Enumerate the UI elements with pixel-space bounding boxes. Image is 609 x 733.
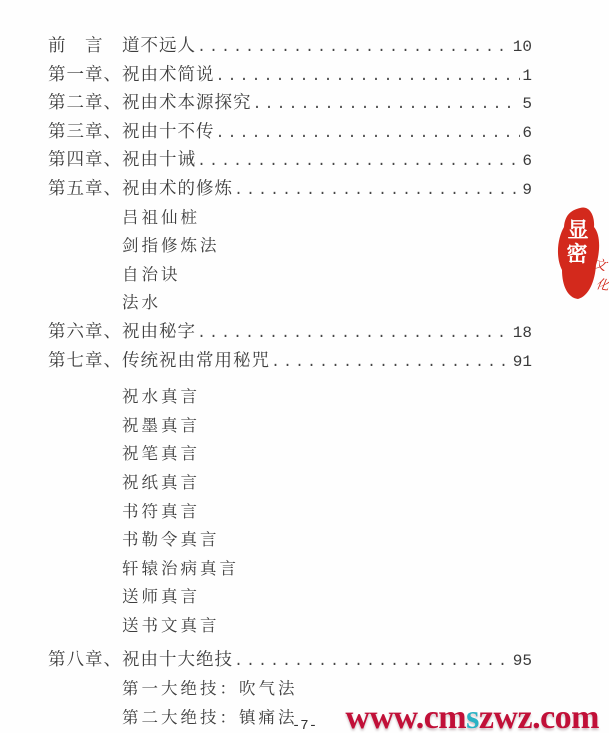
toc-entry: 祝纸真言: [48, 465, 532, 494]
toc-entry-label: 祝纸真言: [122, 469, 200, 493]
seal-char-top: 显: [568, 218, 589, 242]
toc-entry-page-number: 6: [522, 124, 532, 142]
toc-entry: 第八章、祝由十大绝技 95: [48, 642, 532, 671]
toc-entry: 第一章、祝由术简说 1: [48, 57, 532, 86]
toc-entry-label: 第七章、传统祝由常用秘咒: [48, 347, 270, 372]
toc-entry-label: 轩辕治病真言: [122, 555, 239, 579]
toc-list: 前 言 道不远人 10 第一章、祝由术简说 1 第二章、祝由术本源探究 5 第三…: [48, 28, 532, 728]
toc-entry-page-number: 9: [522, 181, 532, 199]
toc-entry-label: 第八章、祝由十大绝技: [48, 646, 233, 671]
dot-leader: [216, 68, 521, 85]
toc-entry: 祝墨真言: [48, 408, 532, 437]
toc-entry-page-number: 18: [513, 324, 532, 342]
toc-entry: 自治诀: [48, 257, 532, 286]
toc-entry-label: 第一大绝技：吹气法: [122, 675, 298, 699]
toc-entry: 第一大绝技：吹气法: [48, 671, 532, 700]
toc-entry-label: 祝笔真言: [122, 440, 200, 464]
toc-entry: 书勒令真言: [48, 522, 532, 551]
toc-entry: 送师真言: [48, 579, 532, 608]
toc-entry-label: 吕祖仙桩: [122, 204, 200, 228]
toc-page: 前 言 道不远人 10 第一章、祝由术简说 1 第二章、祝由术本源探究 5 第三…: [0, 0, 609, 733]
toc-entry-page-number: 5: [522, 95, 532, 113]
toc-entry-label: 第三章、祝由十不传: [48, 118, 215, 143]
toc-entry-page-number: 95: [513, 652, 532, 670]
toc-entry: 祝水真言: [48, 379, 532, 408]
dot-leader: [253, 96, 521, 113]
dot-leader: [197, 39, 511, 56]
toc-entry-page-number: 10: [513, 38, 532, 56]
toc-entry: 法水: [48, 285, 532, 314]
dot-leader: [234, 653, 511, 670]
publisher-seal-stamp: 显 密 文 化: [550, 203, 609, 313]
toc-entry-label: 祝墨真言: [122, 412, 200, 436]
toc-entry: 送书文真言: [48, 608, 532, 637]
dot-leader: [197, 153, 520, 170]
toc-entry-label: 法水: [122, 289, 161, 313]
toc-entry-label: 第四章、祝由十诫: [48, 146, 196, 171]
toc-entry-label: 书符真言: [122, 498, 200, 522]
toc-entry-label: 前 言 道不远人: [48, 32, 196, 57]
toc-entry-page-number: 91: [513, 353, 532, 371]
toc-entry-label: 祝水真言: [122, 383, 200, 407]
toc-entry-label: 第一章、祝由术简说: [48, 61, 215, 86]
toc-entry: 书符真言: [48, 494, 532, 523]
dot-leader: [271, 354, 511, 371]
toc-entry: 前 言 道不远人 10: [48, 28, 532, 57]
toc-entry-page-number: 1: [522, 67, 532, 85]
toc-entry-label: 送书文真言: [122, 612, 220, 636]
toc-entry: 第二章、祝由术本源探究 5: [48, 85, 532, 114]
toc-entry: 剑指修炼法: [48, 228, 532, 257]
toc-entry: 吕祖仙桩: [48, 200, 532, 229]
toc-entry: 祝笔真言: [48, 436, 532, 465]
dot-leader: [234, 182, 520, 199]
toc-entry-page-number: 6: [522, 152, 532, 170]
seal-side-char-bottom: 化: [595, 276, 609, 293]
page-number-footer: -7-: [0, 718, 609, 733]
toc-entry: 第三章、祝由十不传 6: [48, 114, 532, 143]
seal-char-bottom: 密: [567, 242, 588, 266]
toc-entry: 第四章、祝由十诫 6: [48, 142, 532, 171]
toc-entry-label: 送师真言: [122, 583, 200, 607]
toc-entry: 第六章、祝由秘字 18: [48, 314, 532, 343]
toc-entry: 第七章、传统祝由常用秘咒 91: [48, 343, 532, 372]
toc-entry: 轩辕治病真言: [48, 551, 532, 580]
toc-entry-label: 自治诀: [122, 261, 181, 285]
seal-side-char-top: 文: [592, 256, 609, 274]
toc-entry-label: 第六章、祝由秘字: [48, 318, 196, 343]
toc-entry: 第五章、祝由术的修炼 9: [48, 171, 532, 200]
toc-entry-label: 第二章、祝由术本源探究: [48, 89, 252, 114]
dot-leader: [197, 325, 511, 342]
toc-entry-label: 剑指修炼法: [122, 232, 220, 256]
dot-leader: [216, 125, 521, 142]
toc-entry-label: 第五章、祝由术的修炼: [48, 175, 233, 200]
toc-entry-label: 书勒令真言: [122, 526, 220, 550]
